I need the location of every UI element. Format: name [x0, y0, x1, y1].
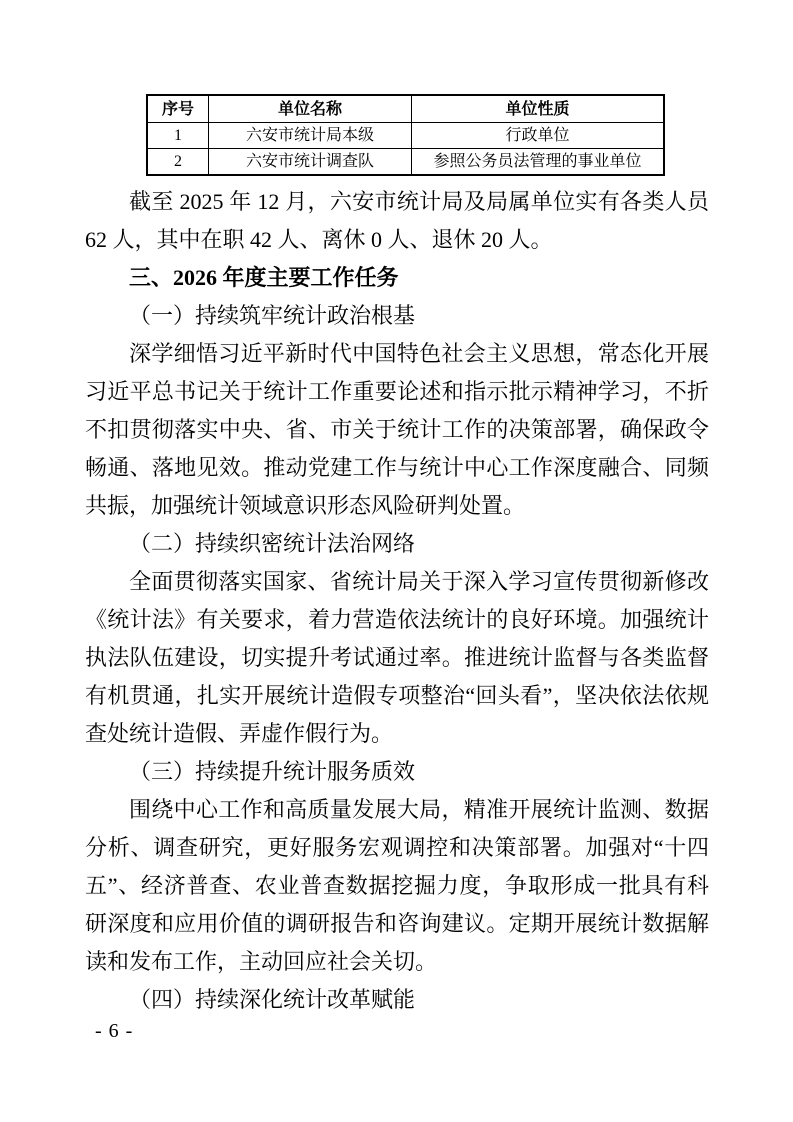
- section-heading-main: 三、2026 年度主要工作任务: [85, 259, 709, 297]
- table-cell: 1: [147, 123, 209, 149]
- paragraph-section-1: 深学细悟习近平新时代中国特色社会主义思想，常态化开展习近平总书记关于统计工作重要…: [85, 335, 709, 525]
- paragraph-staff-count: 截至 2025 年 12 月，六安市统计局及局属单位实有各类人员 62 人，其中…: [85, 183, 709, 259]
- section-heading-3: （三）持续提升统计服务质效: [85, 753, 709, 791]
- document-page: 序号 单位名称 单位性质 1 六安市统计局本级 行政单位 2 六安市统计调查队 …: [0, 0, 793, 1122]
- table-header-cell: 单位名称: [209, 95, 412, 123]
- table-cell: 参照公务员法管理的事业单位: [412, 149, 665, 176]
- table-header-row: 序号 单位名称 单位性质: [147, 95, 664, 123]
- table-row: 2 六安市统计调查队 参照公务员法管理的事业单位: [147, 149, 664, 176]
- paragraph-section-2: 全面贯彻落实国家、省统计局关于深入学习宣传贯彻新修改《统计法》有关要求，着力营造…: [85, 563, 709, 753]
- section-heading-2: （二）持续织密统计法治网络: [85, 525, 709, 563]
- table-cell: 行政单位: [412, 123, 665, 149]
- body-text: 截至 2025 年 12 月，六安市统计局及局属单位实有各类人员 62 人，其中…: [85, 183, 709, 1019]
- section-heading-1: （一）持续筑牢统计政治根基: [85, 297, 709, 335]
- table-cell: 2: [147, 149, 209, 176]
- page-number: - 6 -: [95, 1018, 133, 1044]
- org-units-table: 序号 单位名称 单位性质 1 六安市统计局本级 行政单位 2 六安市统计调查队 …: [146, 94, 665, 176]
- table-header-cell: 单位性质: [412, 95, 665, 123]
- table-cell: 六安市统计局本级: [209, 123, 412, 149]
- document-content: 序号 单位名称 单位性质 1 六安市统计局本级 行政单位 2 六安市统计调查队 …: [85, 94, 709, 1019]
- table-row: 1 六安市统计局本级 行政单位: [147, 123, 664, 149]
- table-cell: 六安市统计调查队: [209, 149, 412, 176]
- paragraph-section-3: 围绕中心工作和高质量发展大局，精准开展统计监测、数据分析、调查研究，更好服务宏观…: [85, 791, 709, 981]
- section-heading-4: （四）持续深化统计改革赋能: [85, 981, 709, 1019]
- table-header-cell: 序号: [147, 95, 209, 123]
